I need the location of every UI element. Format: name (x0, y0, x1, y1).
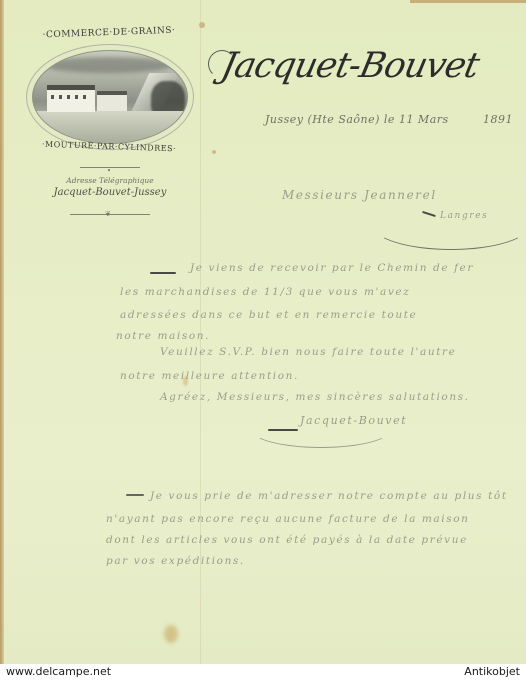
ink-stroke (126, 494, 144, 496)
signature-swash (250, 410, 392, 448)
source-watermark: www.delcampe.net (6, 665, 111, 678)
mill-engraving (32, 50, 188, 144)
foxing-stain (212, 150, 216, 154)
place-date-prefix: Jussey (Hte Saône) le 11 Mars (265, 113, 449, 126)
paper-edge (0, 0, 4, 664)
body-line: notre meilleure attention. (120, 370, 299, 382)
telegraph-address: Jacquet-Bouvet-Jussey (28, 187, 192, 198)
postscript-line: Je vous prie de m'adresser notre compte … (150, 490, 508, 502)
body-line: les marchandises de 11/3 que vous m'avez (120, 286, 410, 298)
foxing-stain (199, 22, 205, 28)
body-line: Je viens de recevoir par le Chemin de fe… (190, 262, 474, 274)
ornament: • (107, 167, 111, 175)
foxing-stain (164, 625, 178, 643)
ink-stroke (150, 272, 176, 274)
paper-edge-top (410, 0, 526, 3)
place-date: Jussey (Hte Saône) le 11 Mars 1891 (265, 113, 525, 126)
year: 1891 (483, 113, 513, 126)
letter-paper: ·COMMERCE·DE·GRAINS· ·MOUTURE·PAR·CYLIND… (0, 0, 526, 664)
seller-watermark: Antikobjet (464, 665, 520, 678)
telegraph-label: Adresse Télégraphique (30, 176, 190, 185)
body-line: Veuillez S.V.P. bien nous faire toute l'… (160, 346, 456, 358)
body-line: adressées dans ce but et en remercie tou… (120, 309, 417, 321)
ornament: ❦ (105, 210, 111, 218)
recipient-name: Messieurs Jeannerel (282, 188, 437, 202)
trade-heading: ·COMMERCE·DE·GRAINS· (34, 25, 184, 40)
recipient-swash (372, 200, 526, 250)
body-line: notre maison. (116, 330, 210, 342)
company-name: Jacquet-Bouvet (218, 46, 526, 86)
postscript-line: n'ayant pas encore reçu aucune facture d… (106, 513, 470, 525)
closing-line: Agréez, Messieurs, mes sincères salutati… (160, 391, 470, 403)
postscript-line: par vos expéditions. (106, 555, 245, 567)
postscript-line: dont les articles vous ont été payés à l… (106, 534, 468, 546)
